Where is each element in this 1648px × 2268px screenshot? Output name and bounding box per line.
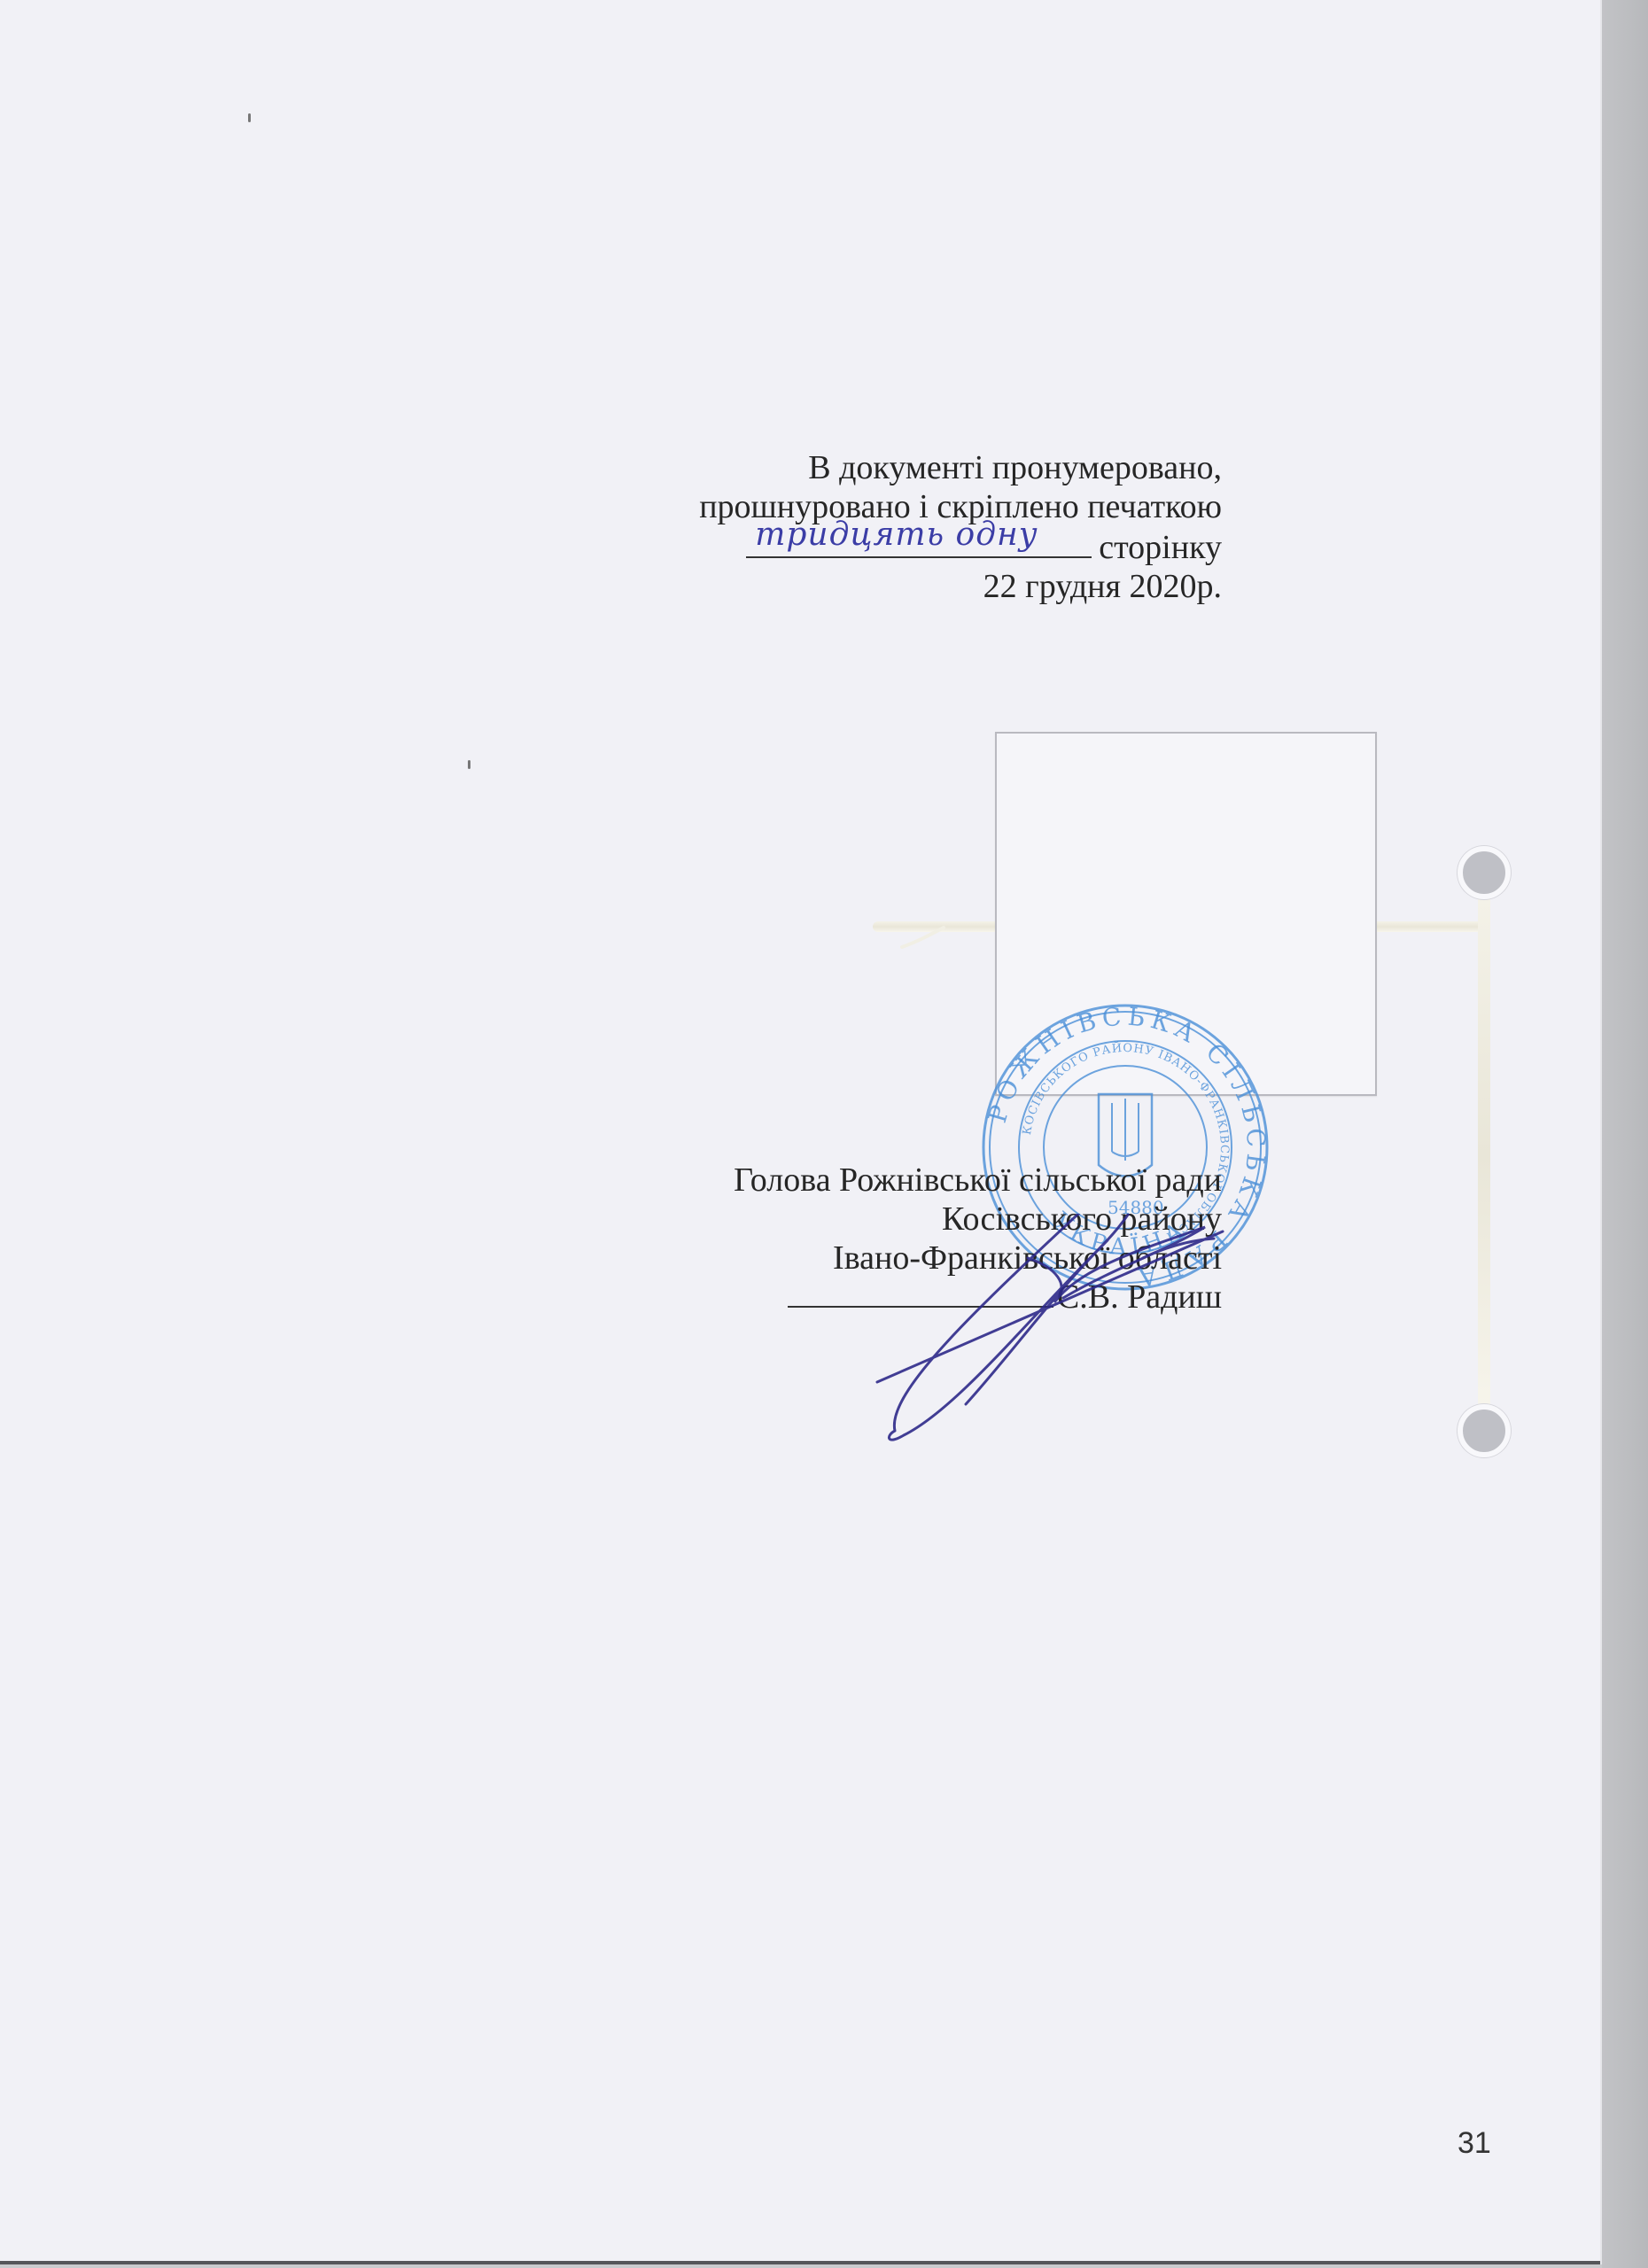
- page-count-blank: тридцять одну: [746, 526, 1092, 558]
- page-word: сторінку: [1099, 529, 1222, 566]
- binding-thread-right: [1369, 921, 1484, 932]
- binding-hole-bottom: [1458, 1404, 1511, 1457]
- binding-thread-vertical: [1478, 895, 1490, 1417]
- scanner-background-edge: [1602, 0, 1648, 2268]
- signatory-title-line-1: Голова Рожнівської сільської ради: [734, 1161, 1222, 1200]
- scan-speck: [468, 760, 470, 769]
- page-count-handwritten: тридцять одну: [755, 516, 1038, 555]
- page-number: 31: [1458, 2126, 1491, 2161]
- certification-line-3: тридцять одну сторінку: [699, 526, 1222, 567]
- paper-bottom-edge: [0, 2261, 1600, 2264]
- document-page: В документі пронумеровано, прошнуровано …: [0, 0, 1602, 2264]
- certification-line-1: В документі пронумеровано,: [699, 448, 1222, 487]
- scan-speck: [248, 113, 251, 122]
- certification-block: В документі пронумеровано, прошнуровано …: [699, 448, 1222, 606]
- binding-hole-top: [1458, 846, 1511, 899]
- thread-loose-end: [895, 926, 948, 961]
- handwritten-signature: [851, 1214, 1258, 1480]
- certification-date: 22 грудня 2020р.: [699, 567, 1222, 606]
